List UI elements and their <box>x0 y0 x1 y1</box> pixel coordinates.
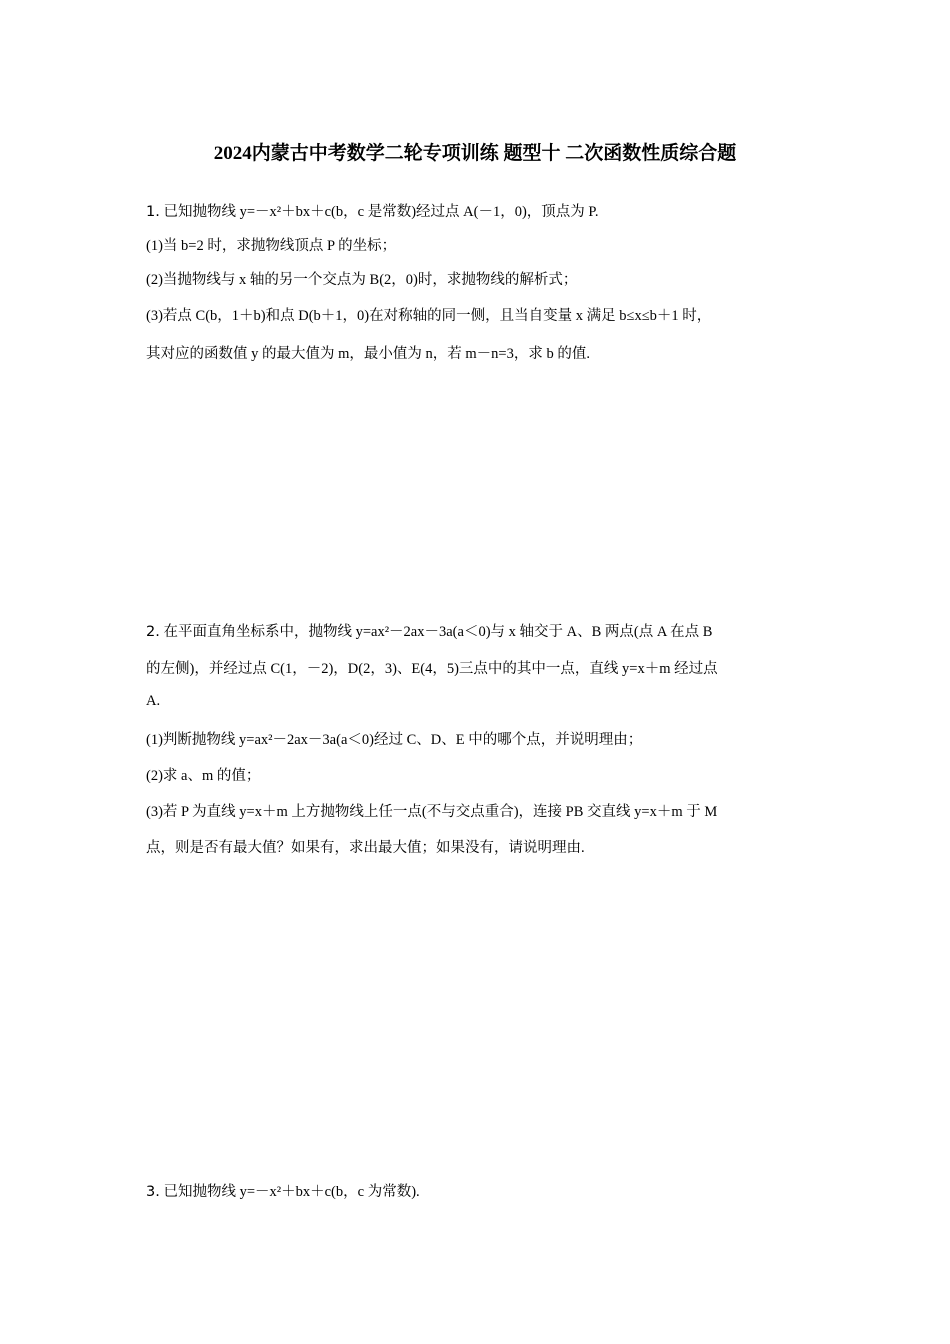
question-text: 已知抛物线 y=－x²＋bx＋c(b，c 为常数). <box>163 1184 419 1200</box>
question-2-stem-end: A. <box>146 693 816 710</box>
question-1-part-1: (1)当 b=2 时，求抛物线顶点 P 的坐标； <box>146 234 816 255</box>
question-2-part-3: (3)若 P 为直线 y=x＋m 上方抛物线上任一点(不与交点重合)，连接 PB… <box>146 800 816 821</box>
question-1-part-3-cont: 其对应的函数值 y 的最大值为 m，最小值为 n，若 m－n=3，求 b 的值. <box>146 342 816 363</box>
question-2-stem: 2. 在平面直角坐标系中，抛物线 y=ax²－2ax－3a(a＜0)与 x 轴交… <box>146 620 816 641</box>
document-title: 2024内蒙古中考数学二轮专项训练 题型十 二次函数性质综合题 <box>0 138 950 165</box>
question-text: 已知抛物线 y=－x²＋bx＋c(b，c 是常数)经过点 A(－1，0)，顶点为… <box>163 204 598 220</box>
question-3-stem: 3. 已知抛物线 y=－x²＋bx＋c(b，c 为常数). <box>146 1180 816 1201</box>
question-number: 2. <box>146 624 160 640</box>
question-2-part-3-cont: 点，则是否有最大值？如果有，求出最大值；如果没有，请说明理由. <box>146 836 816 857</box>
question-2-stem-cont: 的左侧)，并经过点 C(1，－2)，D(2，3)、E(4，5)三点中的其中一点，… <box>146 657 816 678</box>
question-number: 3. <box>146 1184 160 1200</box>
question-1-part-3: (3)若点 C(b，1＋b)和点 D(b＋1，0)在对称轴的同一侧，且当自变量 … <box>146 304 816 325</box>
question-number: 1. <box>146 204 160 220</box>
question-2-part-1: (1)判断抛物线 y=ax²－2ax－3a(a＜0)经过 C、D、E 中的哪个点… <box>146 728 816 749</box>
question-1-stem: 1. 已知抛物线 y=－x²＋bx＋c(b，c 是常数)经过点 A(－1，0)，… <box>146 200 816 221</box>
question-1-part-2: (2)当抛物线与 x 轴的另一个交点为 B(2，0)时，求抛物线的解析式； <box>146 268 816 289</box>
question-2-part-2: (2)求 a、m 的值； <box>146 764 816 785</box>
question-text: 在平面直角坐标系中，抛物线 y=ax²－2ax－3a(a＜0)与 x 轴交于 A… <box>163 624 712 640</box>
